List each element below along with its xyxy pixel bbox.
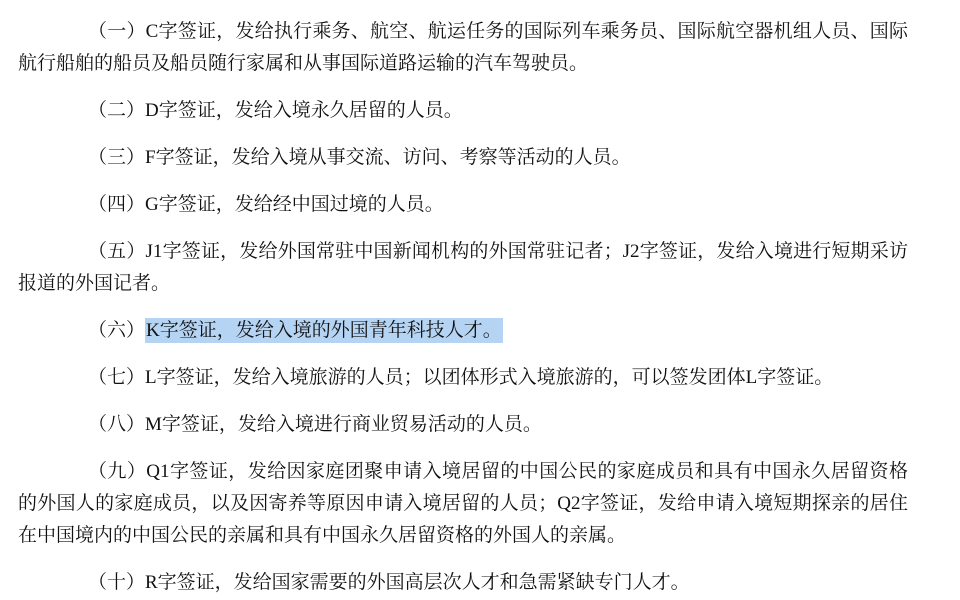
- paragraph: （三）F字签证，发给入境从事交流、访问、考察等活动的人员。: [18, 142, 908, 174]
- paragraph-text: （一）C字签证，发给执行乘务、航空、航运任务的国际列车乘务员、国际航空器机组人员…: [18, 21, 908, 74]
- paragraph-text: （六）: [88, 320, 145, 341]
- selected-text: K字签证，发给入境的外国青年科技人才。: [145, 318, 503, 343]
- paragraph: （八）M字签证，发给入境进行商业贸易活动的人员。: [18, 409, 908, 441]
- paragraph-text: （十）R字签证，发给国家需要的外国高层次人才和急需紧缺专门人才。: [88, 572, 690, 593]
- paragraph: （四）G字签证，发给经中国过境的人员。: [18, 189, 908, 221]
- paragraph-text: （五）J1字签证，发给外国常驻中国新闻机构的外国常驻记者；J2字签证，发给入境进…: [18, 241, 908, 294]
- paragraph-text: （二）D字签证，发给入境永久居留的人员。: [88, 100, 463, 121]
- paragraph-text: （九）Q1字签证，发给因家庭团聚申请入境居留的中国公民的家庭成员和具有中国永久居…: [18, 461, 908, 546]
- paragraph-text: （七）L字签证，发给入境旅游的人员；以团体形式入境旅游的，可以签发团体L字签证。: [88, 367, 833, 388]
- document-page[interactable]: （一）C字签证，发给执行乘务、航空、航运任务的国际列车乘务员、国际航空器机组人员…: [0, 0, 960, 600]
- paragraph: （二）D字签证，发给入境永久居留的人员。: [18, 95, 908, 127]
- paragraph-text: （四）G字签证，发给经中国过境的人员。: [88, 194, 444, 215]
- paragraph-text: （三）F字签证，发给入境从事交流、访问、考察等活动的人员。: [88, 147, 631, 168]
- paragraph: （九）Q1字签证，发给因家庭团聚申请入境居留的中国公民的家庭成员和具有中国永久居…: [18, 456, 908, 552]
- paragraph: （十）R字签证，发给国家需要的外国高层次人才和急需紧缺专门人才。: [18, 567, 908, 599]
- paragraph: （五）J1字签证，发给外国常驻中国新闻机构的外国常驻记者；J2字签证，发给入境进…: [18, 236, 908, 300]
- paragraph-text: （八）M字签证，发给入境进行商业贸易活动的人员。: [88, 414, 542, 435]
- paragraph: （六）K字签证，发给入境的外国青年科技人才。: [18, 315, 908, 347]
- paragraph-list: （一）C字签证，发给执行乘务、航空、航运任务的国际列车乘务员、国际航空器机组人员…: [18, 16, 908, 599]
- paragraph: （七）L字签证，发给入境旅游的人员；以团体形式入境旅游的，可以签发团体L字签证。: [18, 362, 908, 394]
- paragraph: （一）C字签证，发给执行乘务、航空、航运任务的国际列车乘务员、国际航空器机组人员…: [18, 16, 908, 80]
